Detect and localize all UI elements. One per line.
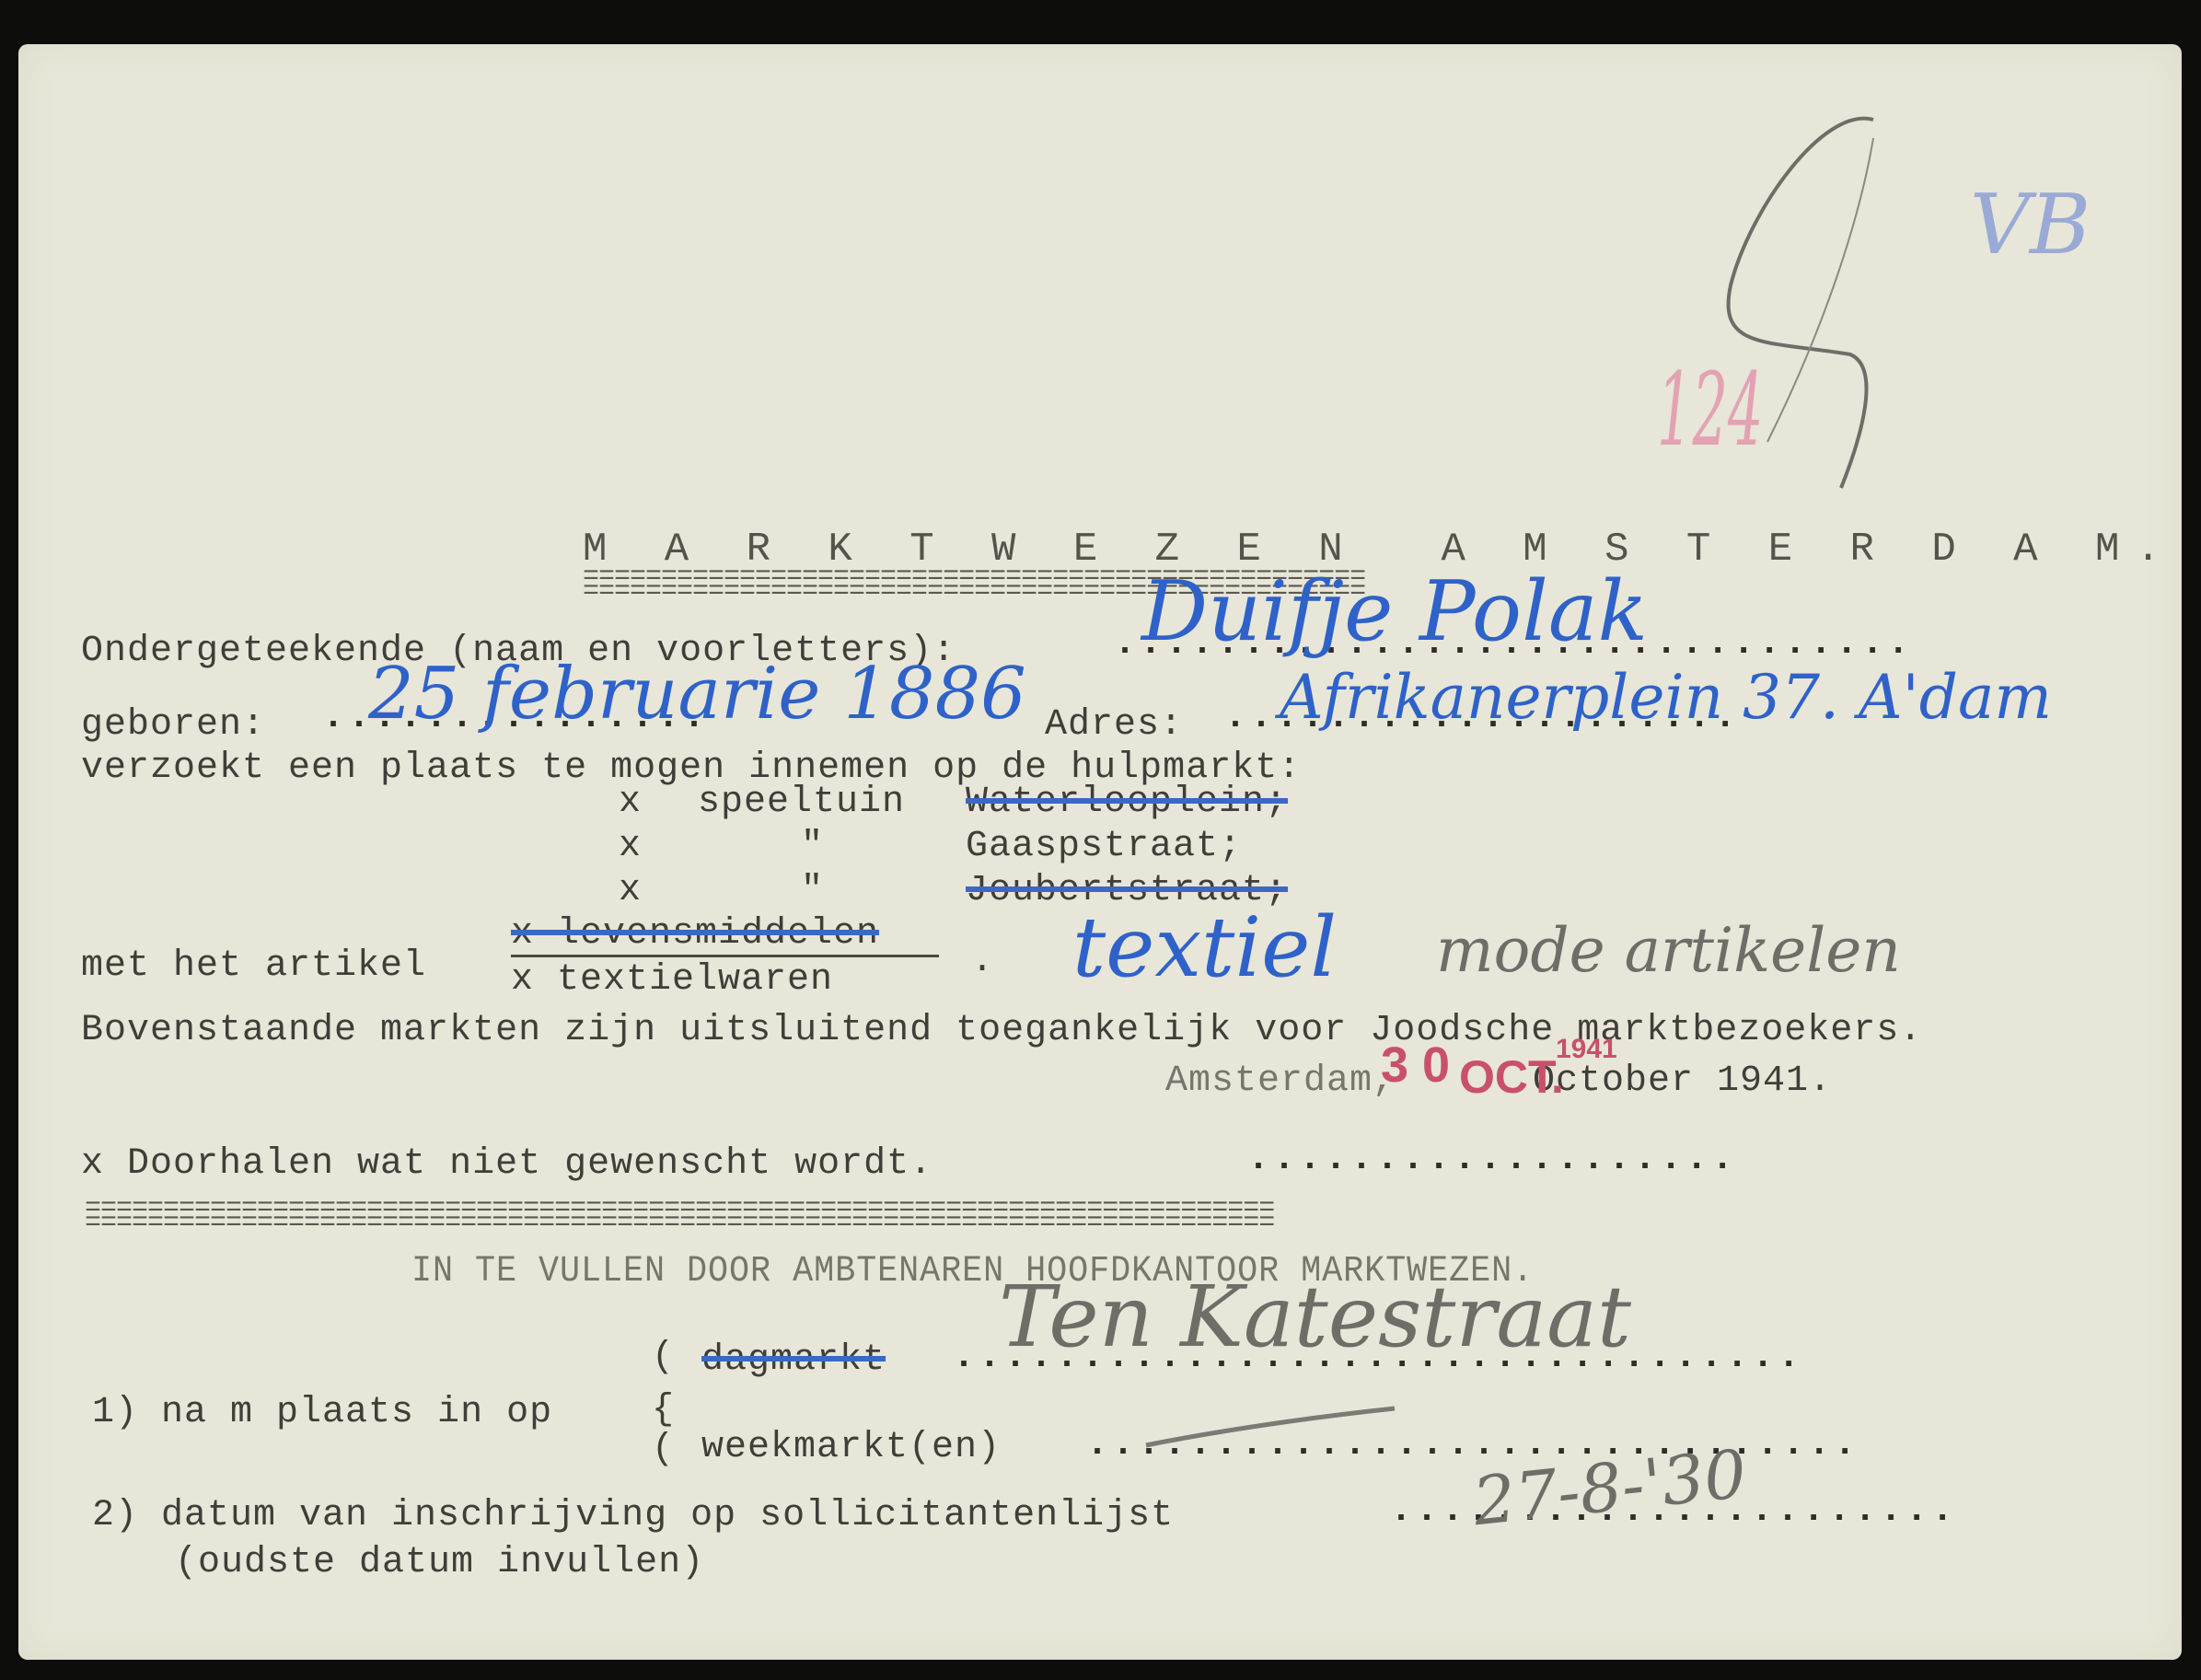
item-1-dagmarkt-handwritten[interactable]: Ten Katestraat bbox=[999, 1275, 1631, 1360]
article-label: met het artikel bbox=[81, 948, 426, 985]
article-period: . bbox=[971, 944, 994, 980]
section-divider-2: ========================================… bbox=[85, 1210, 1274, 1237]
market-2-prefix: " bbox=[801, 828, 824, 865]
item-1-label: 1) na m plaats in op bbox=[92, 1395, 552, 1431]
address-label: Adres: bbox=[1045, 707, 1183, 744]
jewish-only-notice: Bovenstaande markten zijn uitsluitend to… bbox=[81, 1013, 1922, 1049]
bracket-bottom: ( bbox=[652, 1431, 675, 1468]
bracket-top: ( bbox=[652, 1339, 675, 1376]
market-3-prefix: " bbox=[801, 873, 824, 910]
item-1-weekmarkt: weekmarkt(en) bbox=[701, 1430, 1001, 1466]
article-option-food: x levensmiddelen bbox=[511, 916, 879, 953]
signature-line[interactable]: ................... bbox=[1247, 1141, 1737, 1178]
article-fraction-line bbox=[511, 955, 939, 957]
date-typed: October 1941. bbox=[1533, 1063, 1832, 1100]
place: Amsterdam, bbox=[1165, 1063, 1396, 1100]
article-option-textile: x textielwaren bbox=[511, 962, 833, 999]
item-2-label: 2) datum van inschrijving op sollicitant… bbox=[92, 1498, 1174, 1535]
applicant-name-field[interactable]: Duifje Polak bbox=[1141, 571, 1648, 654]
address-field[interactable]: Afrikanerplein 37. A'dam bbox=[1280, 667, 2052, 728]
bracket-mid: { bbox=[652, 1392, 675, 1429]
item-2-note: (oudste datum invullen) bbox=[175, 1545, 704, 1582]
market-1-marker: x bbox=[619, 784, 642, 821]
strike-through-footnote: x Doorhalen wat niet gewenscht wordt. bbox=[81, 1146, 933, 1183]
date-stamp-month: OCT. bbox=[1459, 1054, 1564, 1100]
market-2-marker: x bbox=[619, 828, 642, 865]
market-1-prefix: speeltuin bbox=[698, 784, 905, 821]
date-stamp-year: 1941 bbox=[1556, 1036, 1617, 1063]
article-handwritten-textiel[interactable]: textiel bbox=[1072, 907, 1337, 990]
market-1-name: Waterlooplein; bbox=[966, 784, 1288, 821]
red-number-annotation: 124 bbox=[1657, 359, 1763, 460]
blue-initials-annotation: VB bbox=[1970, 184, 2091, 267]
birth-date-field[interactable]: 25 februarie 1886 bbox=[368, 658, 1026, 730]
market-2-name: Gaaspstraat; bbox=[966, 828, 1242, 865]
market-3-marker: x bbox=[619, 873, 642, 910]
article-handwritten-mode[interactable]: mode artikelen bbox=[1436, 921, 1901, 981]
pencil-check-stroke bbox=[1141, 1404, 1399, 1450]
date-stamp-day: 3 0 bbox=[1381, 1040, 1450, 1090]
born-label: geboren: bbox=[81, 707, 265, 744]
item-1-dagmarkt: dagmarkt bbox=[701, 1342, 886, 1379]
